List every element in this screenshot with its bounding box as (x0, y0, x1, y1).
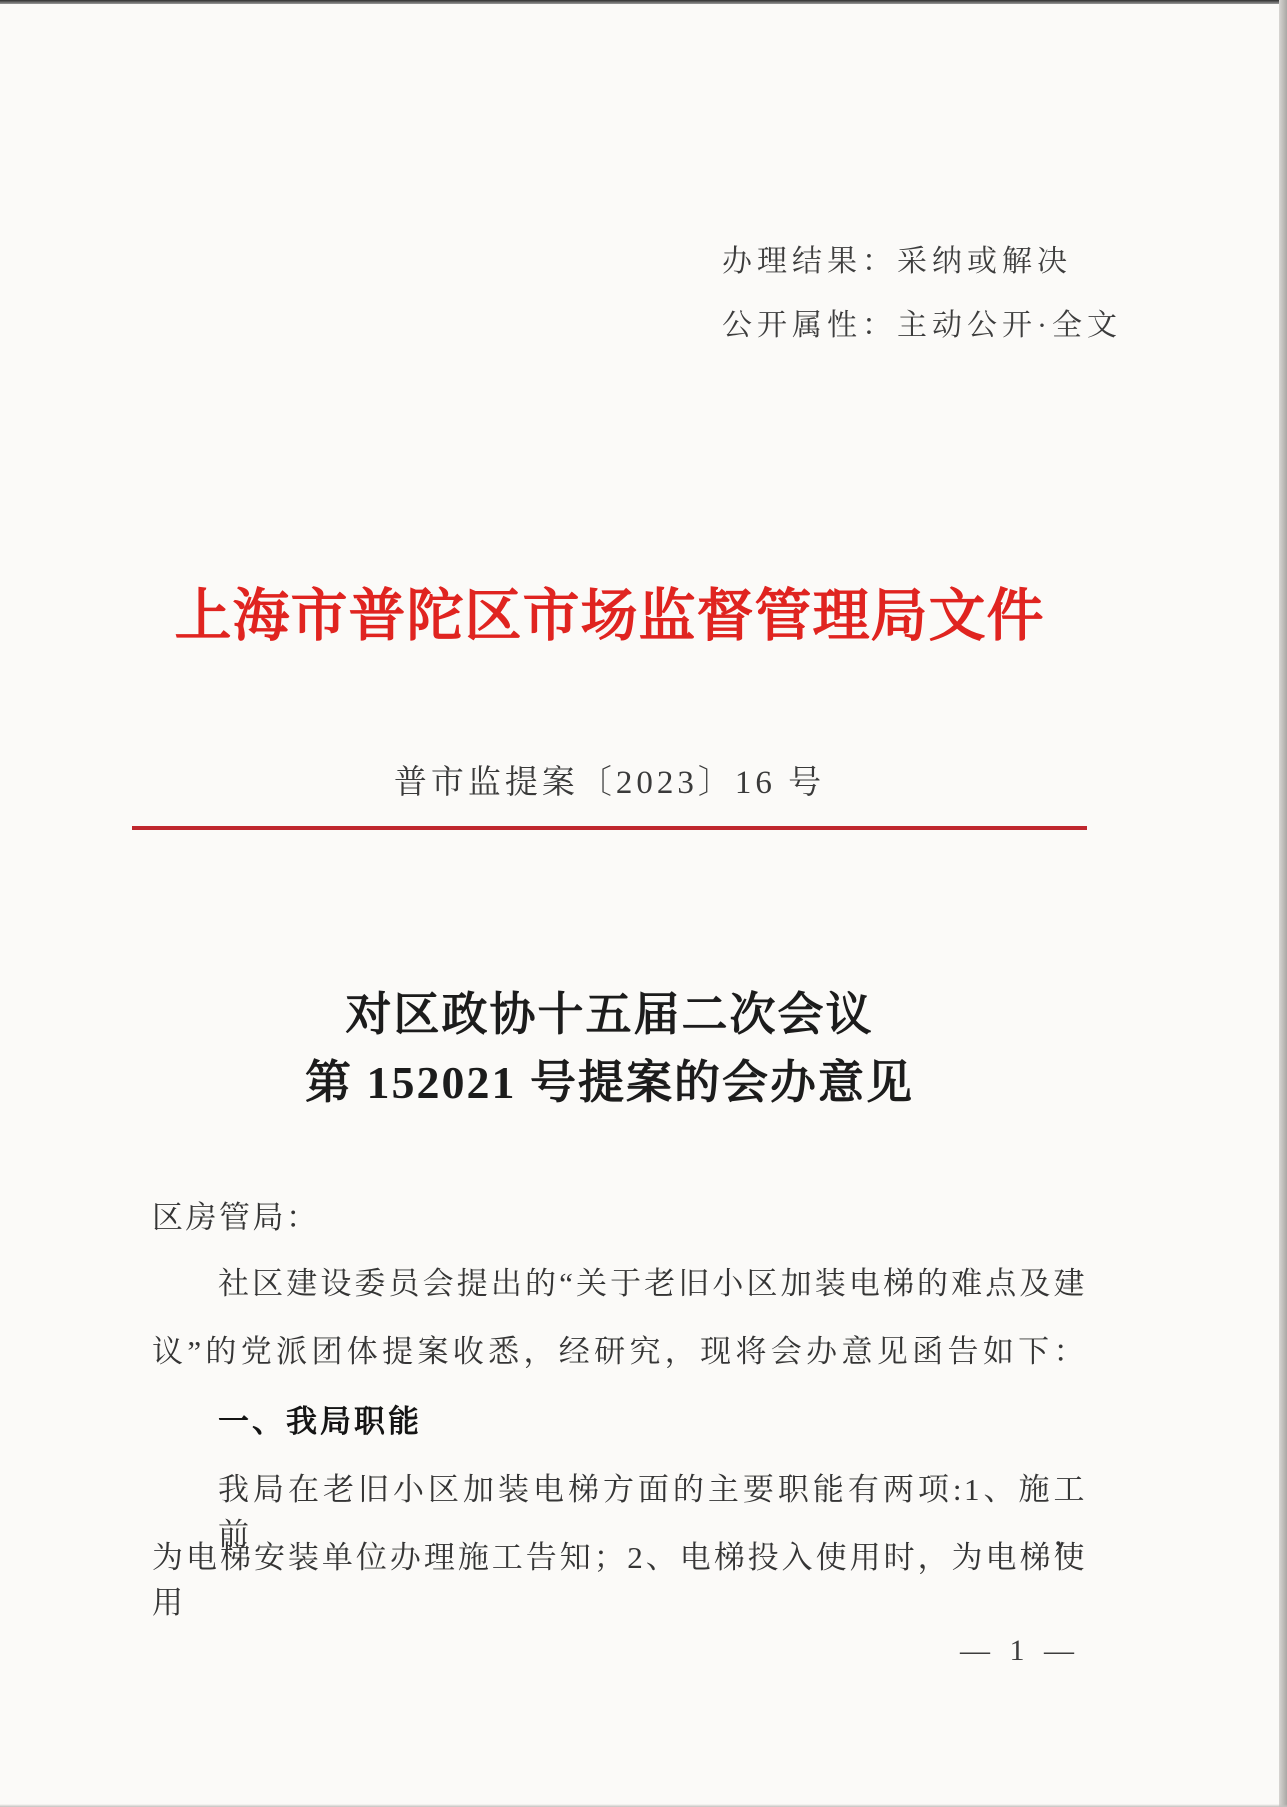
proposal-title-line2: 第 152021 号提案的会办意见 (132, 1046, 1087, 1112)
page-number: — 1 — (960, 1634, 1080, 1668)
doc-number: 普市监提案〔2023〕16 号 (132, 756, 1087, 803)
section-heading-1: 一、我局职能 (218, 1396, 422, 1441)
document-page: 办理结果：采纳或解决 公开属性：主动公开·全文 上海市普陀区市场监督管理局文件 … (0, 0, 1287, 1807)
body-paragraph2-line2: 为电梯安装单位办理施工告知；2、电梯投入使用时，为电梯使用 (152, 1532, 1087, 1622)
photo-right-edge (1279, 0, 1287, 1807)
proposal-title-line1: 对区政协十五届二次会议 (132, 978, 1087, 1044)
agency-title: 上海市普陀区市场监督管理局文件 (132, 570, 1087, 652)
meta-handling-result: 办理结果：采纳或解决 (722, 236, 1072, 280)
meta-public-attribute: 公开属性：主动公开·全文 (722, 300, 1122, 344)
salutation: 区房管局： (152, 1192, 320, 1237)
red-divider-line (132, 826, 1087, 830)
body-paragraph1-line2: 议”的党派团体提案收悉，经研究，现将会办意见函告如下： (152, 1326, 1087, 1371)
body-paragraph1-line1: 社区建设委员会提出的“关于老旧小区加装电梯的难点及建 (218, 1258, 1087, 1303)
photo-top-edge (0, 0, 1287, 4)
